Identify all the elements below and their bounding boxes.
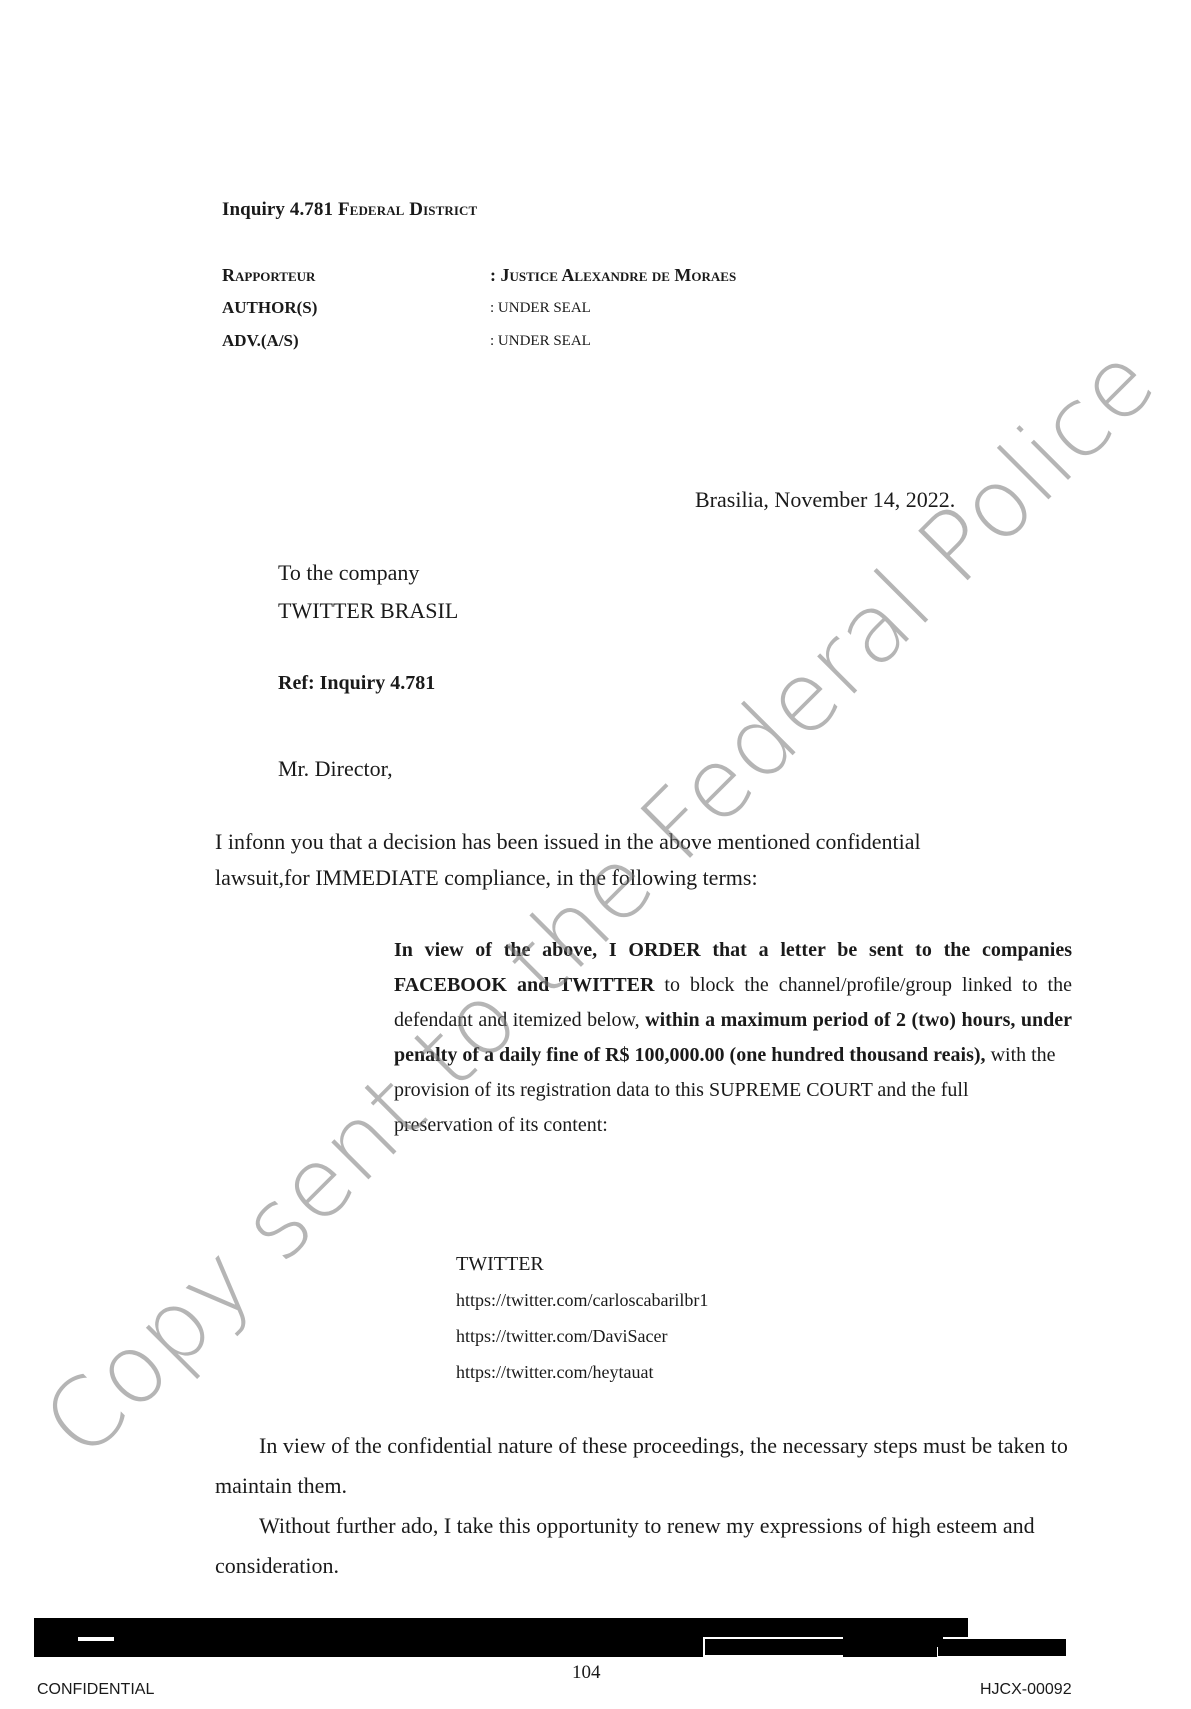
meta-value-authors: : UNDER SEAL: [490, 300, 591, 317]
jurisdiction: Federal District: [338, 199, 477, 220]
redaction-bar: [78, 1641, 114, 1657]
platform-name: TWITTER: [456, 1246, 708, 1282]
meta-value-rapporteur: : Justice Alexandre de Moraes: [490, 265, 736, 286]
closing-paragraph-1: In view of the confidential nature of th…: [215, 1426, 1075, 1506]
meta-label-authors: AUTHOR(S): [222, 298, 317, 318]
meta-value-advocates: : UNDER SEAL: [490, 333, 591, 350]
recipient-line-1: To the company: [278, 560, 419, 586]
date-line: Brasilia, November 14, 2022.: [695, 487, 955, 513]
bates-number: HJCX-00092: [980, 1681, 1072, 1699]
redaction-bar: [34, 1618, 968, 1637]
redaction-bar: [843, 1637, 937, 1657]
confidential-label: CONFIDENTIAL: [37, 1681, 154, 1699]
redaction-bar: [705, 1639, 843, 1655]
redaction-bar: [938, 1639, 1066, 1656]
target-accounts-list: TWITTER https://twitter.com/carloscabari…: [456, 1246, 708, 1390]
closing-paragraph-2: Without further ado, I take this opportu…: [215, 1506, 1075, 1586]
inquiry-number: Inquiry 4.781: [222, 199, 333, 220]
target-link: https://twitter.com/heytauat: [456, 1354, 708, 1390]
order-plain-2: with the: [986, 1044, 1056, 1066]
redaction-bar: [34, 1637, 78, 1657]
meta-label-advocates: ADV.(A/S): [222, 331, 299, 351]
reference-line: Ref: Inquiry 4.781: [278, 672, 435, 695]
meta-label-rapporteur: Rapporteur: [222, 265, 315, 286]
document-title: Inquiry 4.781 Federal District: [222, 199, 477, 221]
intro-paragraph: I infonn you that a decision has been is…: [215, 824, 1005, 896]
salutation: Mr. Director,: [278, 756, 393, 782]
recipient-company: TWITTER BRASIL: [278, 598, 458, 624]
order-plain-3: provision of its registration data to th…: [394, 1073, 1072, 1143]
court-order-quote: In view of the above, I ORDER that a let…: [394, 933, 1072, 1143]
target-link: https://twitter.com/DaviSacer: [456, 1318, 708, 1354]
redaction-bar: [114, 1637, 703, 1657]
target-link: https://twitter.com/carloscabarilbr1: [456, 1282, 708, 1318]
page-number: 104: [572, 1662, 601, 1684]
